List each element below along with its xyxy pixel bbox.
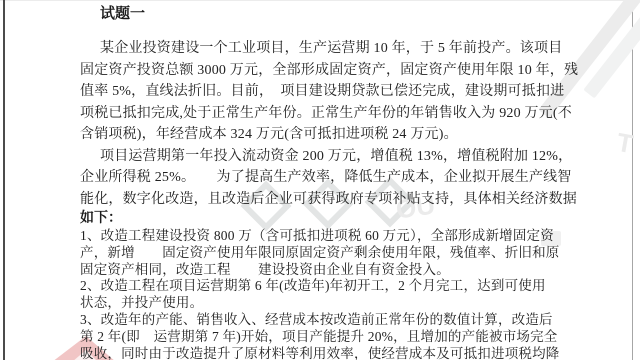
text-line: 某企业投资建设一个工业项目，生产运营期 10 年，于 5 年前投产。该项目 [80, 38, 560, 60]
paragraph-2: 项目运营期第一年投入流动资金 200 万元，增值税 13%，增值税附加 12%，… [80, 146, 560, 211]
text-line: 固定资产投资总额 3000 万元，全部形成固定资产，固定资产使用年限 10 年，… [80, 60, 560, 82]
text-line: 值率 5%，直线法折旧。目前， 项目建设期贷款已偿还完成，建设期可抵扣进 [80, 81, 560, 103]
text-line: 1、改造工程建设投资 800 万（含可抵扣进项税 60 万元），全部形成新增固定… [80, 228, 560, 245]
page-left-border [3, 0, 5, 360]
text-line: 第 2 年(即 运营期第 7 年)开始，项目产能提升 20%，且增加的产能被市场… [80, 329, 560, 346]
text-line: 项税已抵扣完成,处于正常生产年份。正常生产年份的年销售收入为 920 万元(不 [80, 103, 560, 125]
text-line: 吸收，同时由于改造提升了原材料等利用效率，使经营成本及可抵扣进项税均降 [80, 346, 560, 360]
text-line: 项目运营期第一年投入流动资金 200 万元，增值税 13%，增值税附加 12%， [80, 146, 560, 168]
document-page: OU T 试题一 某企业投资建设一个工业项目，生产运营期 10 年，于 5 年前… [0, 0, 640, 360]
text-line: 企业所得税 25%。 为了提高生产效率，降低生产成本，企业拟开展生产线智 [80, 167, 560, 189]
text-line: 产，新增 固定资产使用年限同原固定资产剩余使用年限，残值率、折旧和原 [80, 245, 560, 262]
text-line: 状态，并投产使用。 [80, 295, 560, 312]
numbered-list: 1、改造工程建设投资 800 万（含可抵扣进项税 60 万元），全部形成新增固定… [80, 228, 560, 360]
text-line: 含销项税)，年经营成本 324 万元(含可抵扣进项税 24 万元)。 [80, 124, 560, 146]
page-right-border [632, 0, 633, 360]
text-line: 能化，数字化改造，且改造后企业可获得政府专项补贴支持，具体相关经济数据 [80, 189, 560, 211]
subheading: 如下： [80, 210, 560, 228]
doc-title: 试题一 [100, 4, 560, 24]
text-line: 3、改造年的产能、销售收入、经营成本按改造前正常年份的数值计算，改造后 [80, 312, 560, 329]
text-line: 2、改造工程在项目运营期第 6 年(改造年)年初开工，2 个月完工，达到可使用 [80, 278, 560, 295]
paragraph-1: 某企业投资建设一个工业项目，生产运营期 10 年，于 5 年前投产。该项目固定资… [80, 38, 560, 146]
page-top-border [0, 0, 640, 1]
text-line: 固定资产相同，改造工程 建设投资由企业自有资金投入。 [80, 262, 560, 279]
document-content: 试题一 某企业投资建设一个工业项目，生产运营期 10 年，于 5 年前投产。该项… [80, 4, 560, 360]
